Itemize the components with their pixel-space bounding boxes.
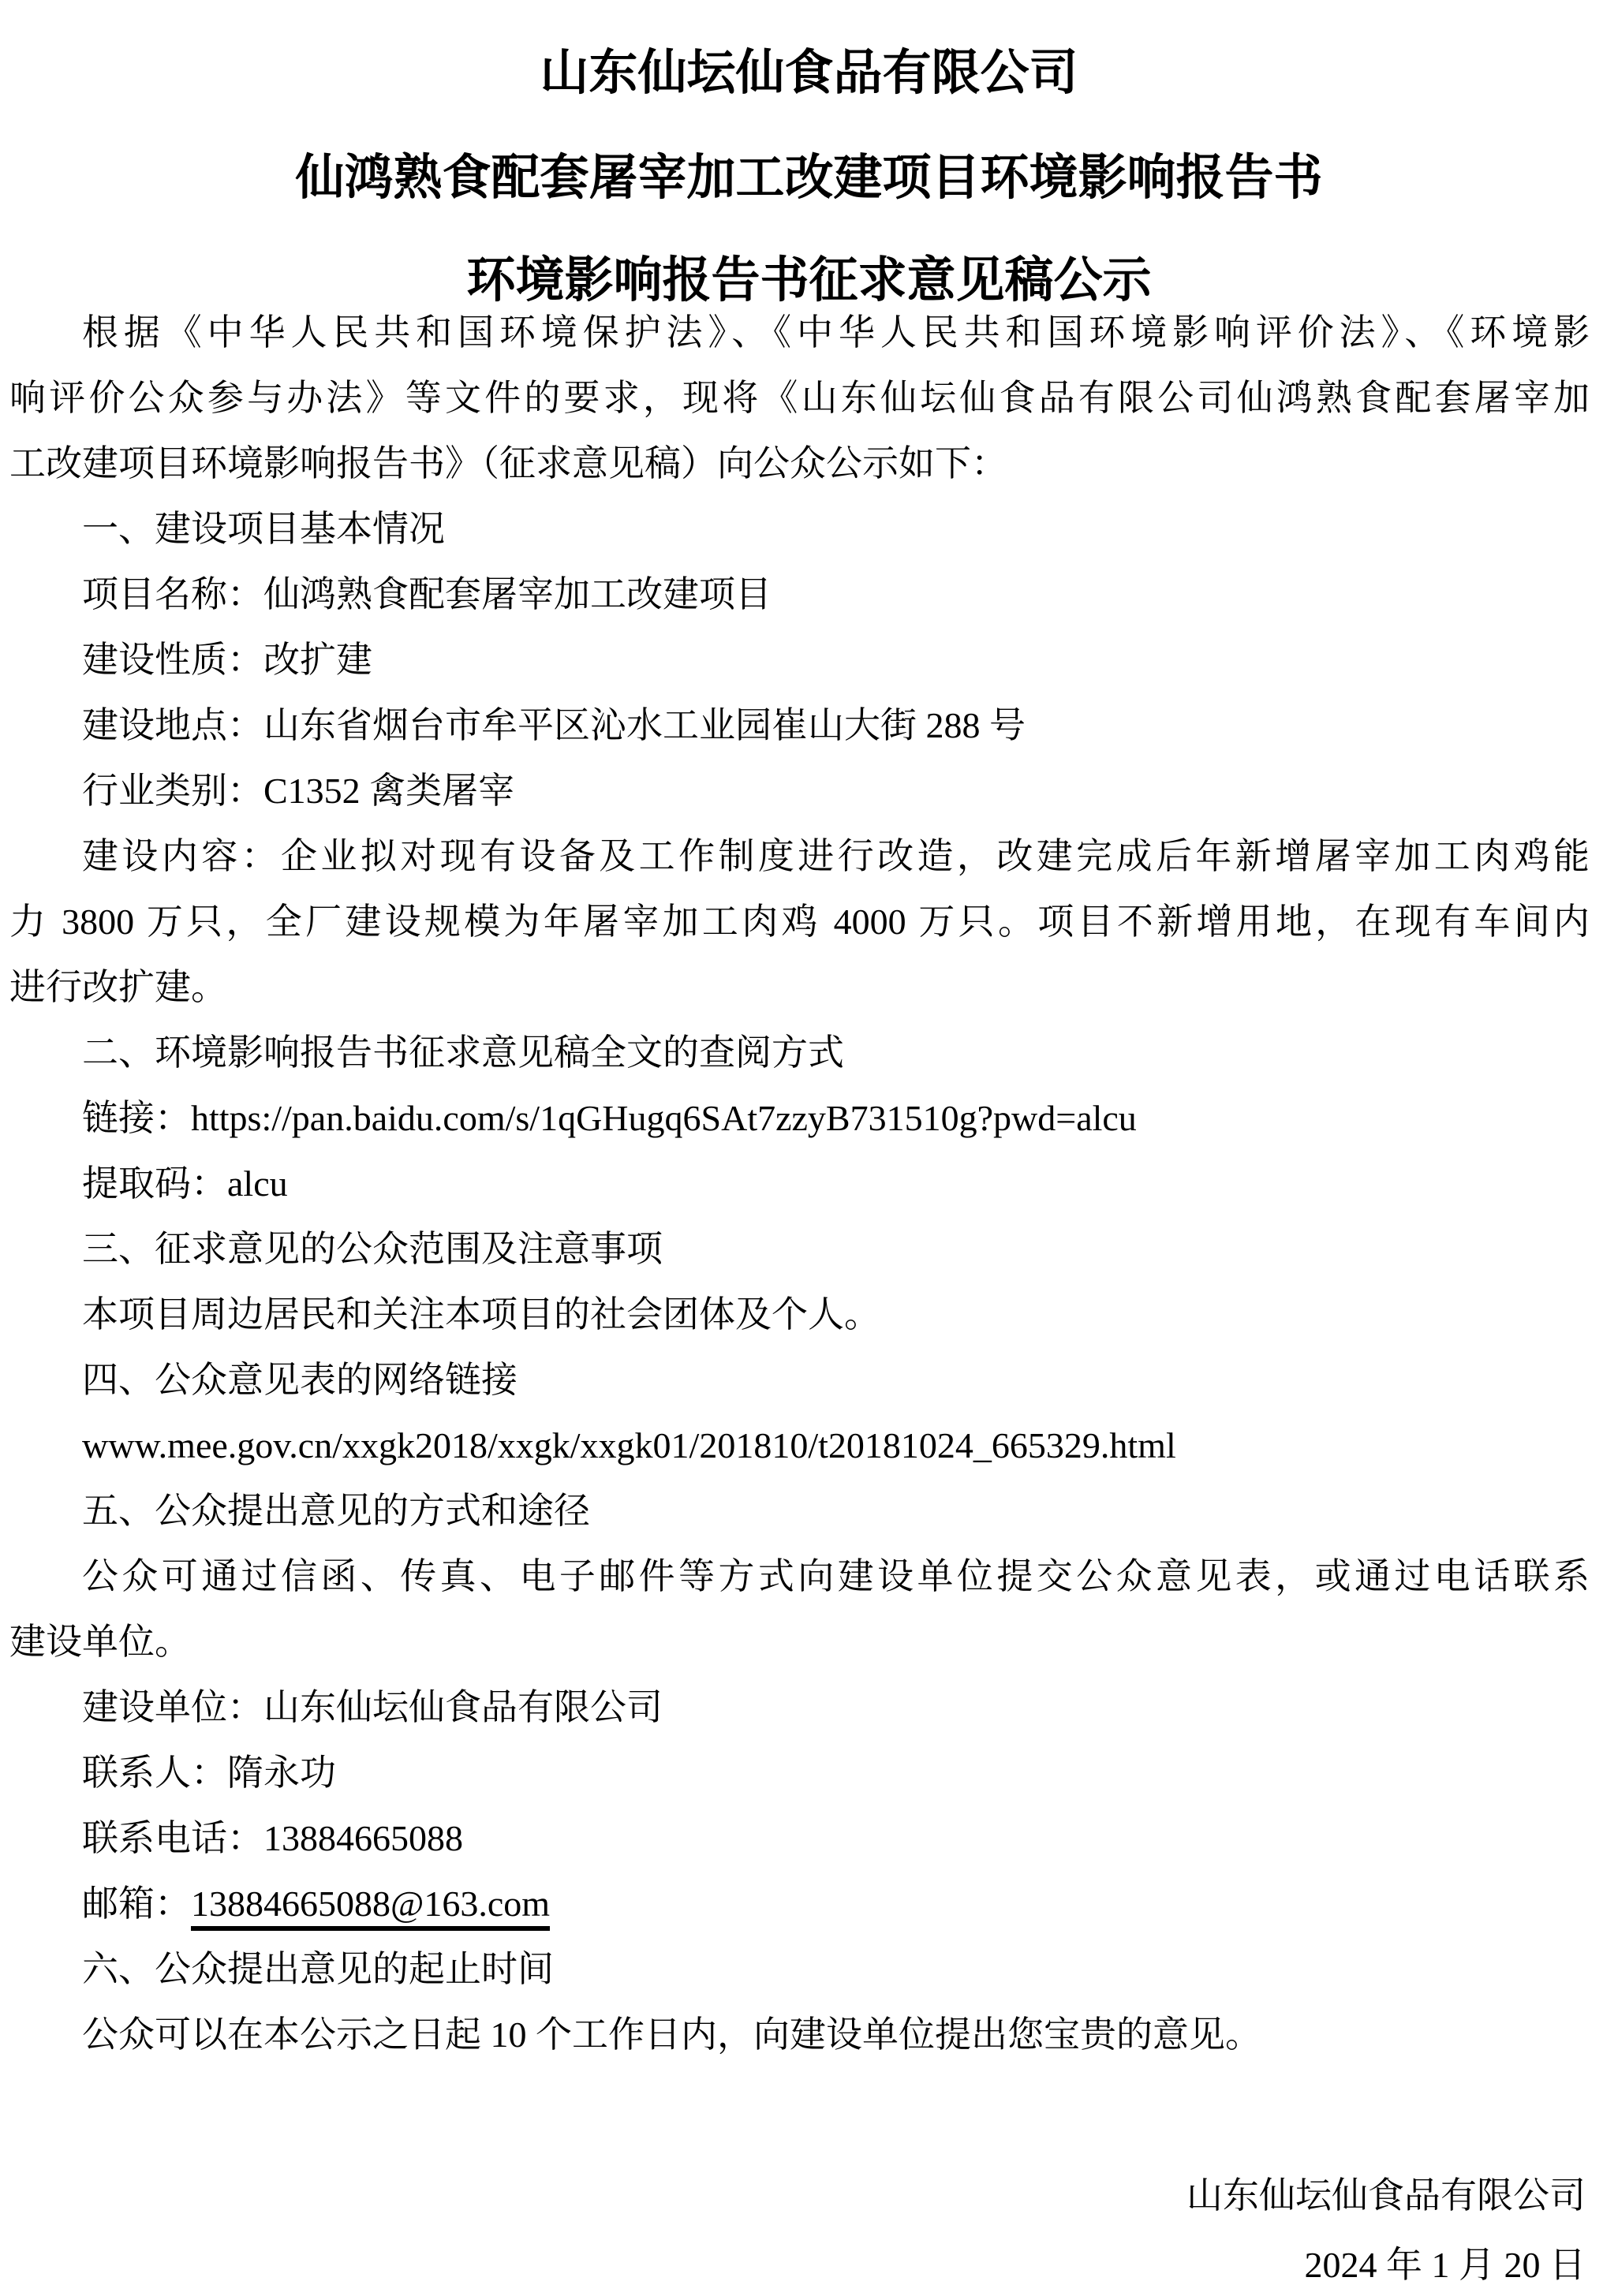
- contact-email-line: 邮箱：13884665088@163.com: [9, 1871, 1590, 1936]
- deadline-line: 公众可以在本公示之日起 10 个工作日内，向建设单位提出您宝贵的意见。: [9, 2002, 1590, 2067]
- document-footer: 山东仙坛仙食品有限公司 2024 年 1 月 20 日: [9, 2161, 1586, 2296]
- contact-phone-line: 联系电话：13884665088: [9, 1805, 1590, 1871]
- feedback-ways-line-1: 公众可通过信函、传真、电子邮件等方式向建设单位提交公众意见表，或通过电话联系: [9, 1544, 1590, 1609]
- construction-content-line-3: 进行改扩建。: [9, 954, 1590, 1020]
- document-title-project: 仙鸿熟食配套屠宰加工改建项目环境影响报告书: [0, 152, 1618, 204]
- footer-company-signature: 山东仙坛仙食品有限公司: [9, 2161, 1586, 2231]
- construction-content-line-2: 力 3800 万只，全厂建设规模为年屠宰加工肉鸡 4000 万只。项目不新增用地…: [9, 889, 1590, 954]
- section-heading-1: 一、建设项目基本情况: [9, 496, 1590, 562]
- report-download-link[interactable]: 链接：https://pan.baidu.com/s/1qGHugq6SAt7z…: [9, 1085, 1590, 1151]
- feedback-ways-line-2: 建设单位。: [9, 1609, 1590, 1674]
- industry-category-line: 行业类别：C1352 禽类屠宰: [9, 758, 1590, 823]
- construction-nature-line: 建设性质：改扩建: [9, 627, 1590, 693]
- document-page: 山东仙坛仙食品有限公司 仙鸿熟食配套屠宰加工改建项目环境影响报告书 环境影响报告…: [0, 0, 1618, 2296]
- opinion-form-url[interactable]: www.mee.gov.cn/xxgk2018/xxgk/xxgk01/2018…: [9, 1413, 1590, 1478]
- paragraph-intro-line-3: 工改建项目环境影响报告书》（征求意见稿）向公众公示如下：: [9, 431, 1590, 496]
- footer-date: 2024 年 1 月 20 日: [9, 2231, 1586, 2296]
- document-title-notice: 环境影响报告书征求意见稿公示: [0, 255, 1618, 307]
- paragraph-intro-line-2: 响评价公众参与办法》等文件的要求，现将《山东仙坛仙食品有限公司仙鸿熟食配套屠宰加: [9, 365, 1590, 431]
- section-heading-4: 四、公众意见表的网络链接: [9, 1347, 1590, 1413]
- section-heading-5: 五、公众提出意见的方式和途径: [9, 1478, 1590, 1544]
- section-heading-6: 六、公众提出意见的起止时间: [9, 1936, 1590, 2002]
- construction-content-line-1: 建设内容：企业拟对现有设备及工作制度进行改造，改建完成后年新增屠宰加工肉鸡能: [9, 823, 1590, 889]
- paragraph-intro-line-1: 根据《中华人民共和国环境保护法》、《中华人民共和国环境影响评价法》、《环境影: [9, 300, 1590, 365]
- extraction-code-line: 提取码：alcu: [9, 1151, 1590, 1216]
- construction-location-line: 建设地点：山东省烟台市牟平区沁水工业园崔山大街 288 号: [9, 693, 1590, 758]
- section-heading-3: 三、征求意见的公众范围及注意事项: [9, 1216, 1590, 1282]
- construction-unit-line: 建设单位：山东仙坛仙食品有限公司: [9, 1674, 1590, 1740]
- public-scope-line: 本项目周边居民和关注本项目的社会团体及个人。: [9, 1282, 1590, 1347]
- email-link[interactable]: 13884665088@163.com: [191, 1883, 550, 1931]
- document-title-company: 山东仙坛仙食品有限公司: [0, 47, 1618, 99]
- document-body: 根据《中华人民共和国环境保护法》、《中华人民共和国环境影响评价法》、《环境影 响…: [9, 300, 1590, 2067]
- contact-person-line: 联系人：隋永功: [9, 1740, 1590, 1805]
- email-label: 邮箱：: [82, 1883, 191, 1924]
- project-name-line: 项目名称：仙鸿熟食配套屠宰加工改建项目: [9, 562, 1590, 627]
- section-heading-2: 二、环境影响报告书征求意见稿全文的查阅方式: [9, 1020, 1590, 1085]
